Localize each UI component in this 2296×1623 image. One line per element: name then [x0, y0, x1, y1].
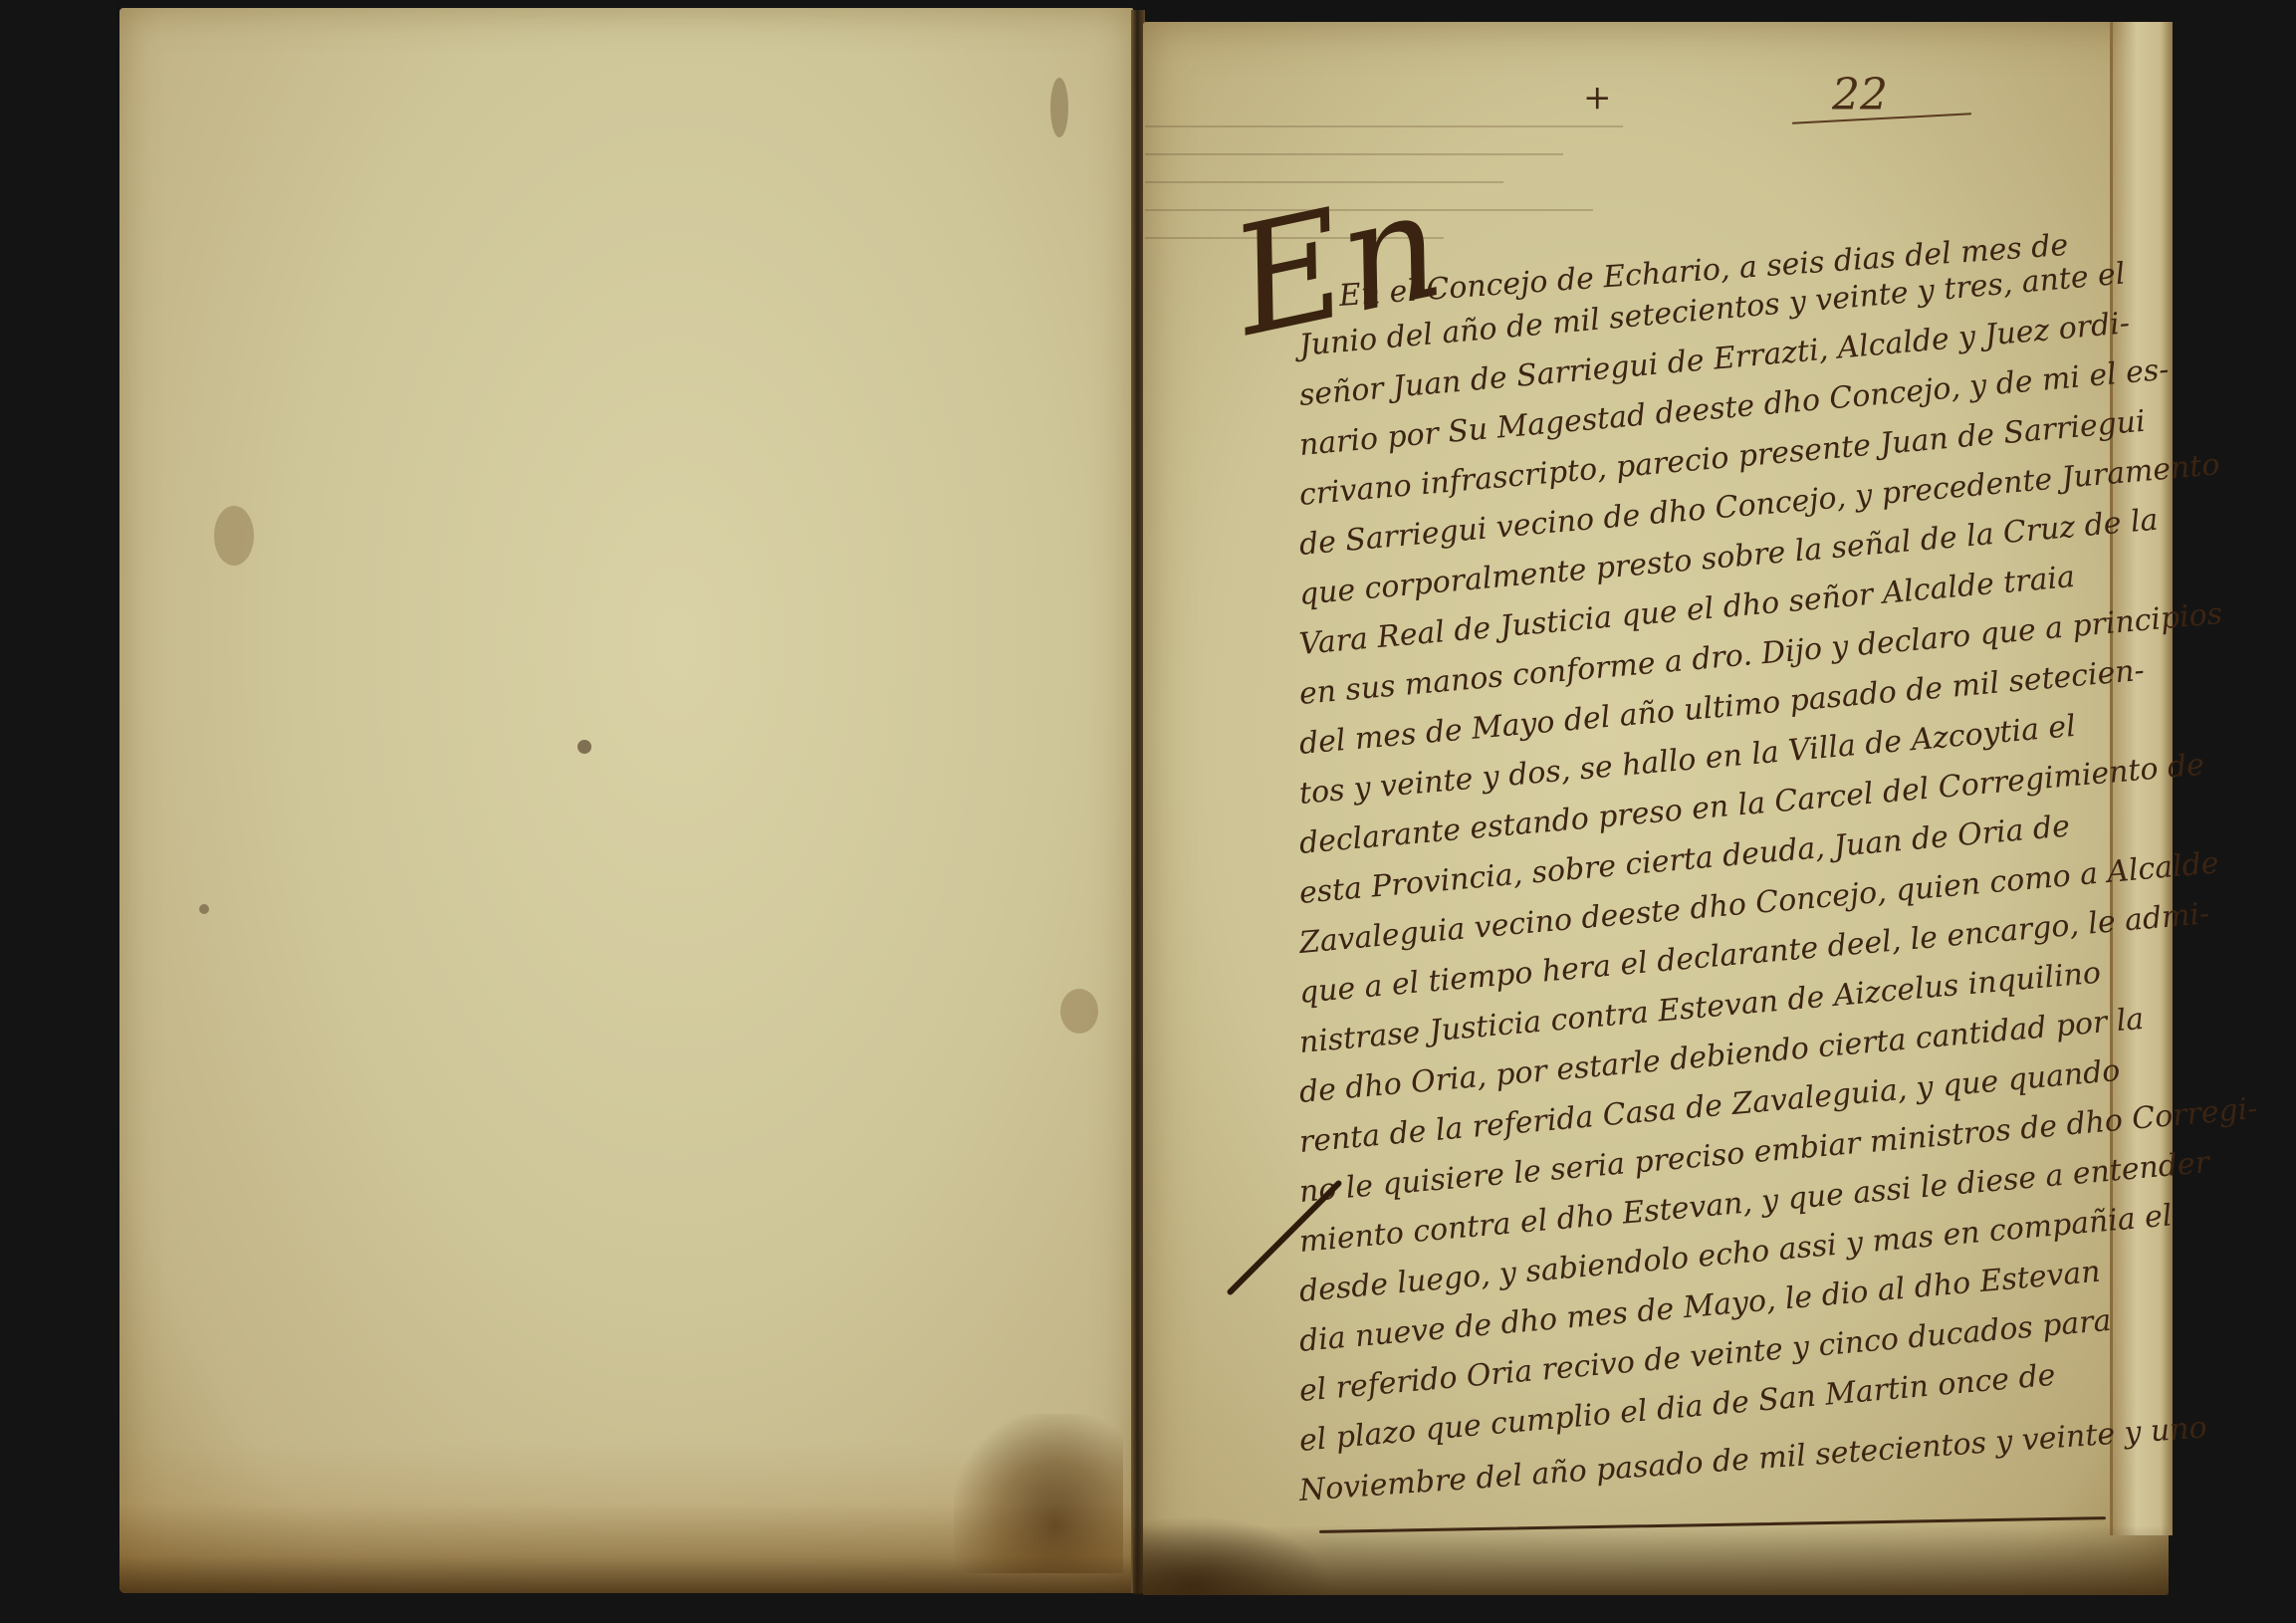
paper-spot — [1050, 78, 1068, 137]
background-left — [0, 0, 117, 1623]
background-right — [2179, 0, 2296, 1623]
paper-stain — [1060, 989, 1098, 1034]
water-stain-bottom — [1143, 1525, 2169, 1595]
paper-stain — [214, 506, 254, 566]
water-stain-bottom — [119, 1444, 1133, 1593]
cross-mark: + — [1583, 78, 1612, 117]
background-bottom — [0, 1593, 2296, 1623]
left-page-blank — [119, 8, 1133, 1593]
paper-spot — [577, 740, 591, 754]
folio-number: 22 — [1832, 70, 1888, 120]
paper-spot — [199, 904, 209, 914]
manuscript-photo: + 22 En En el Concejo de Echario, a seis… — [0, 0, 2296, 1623]
